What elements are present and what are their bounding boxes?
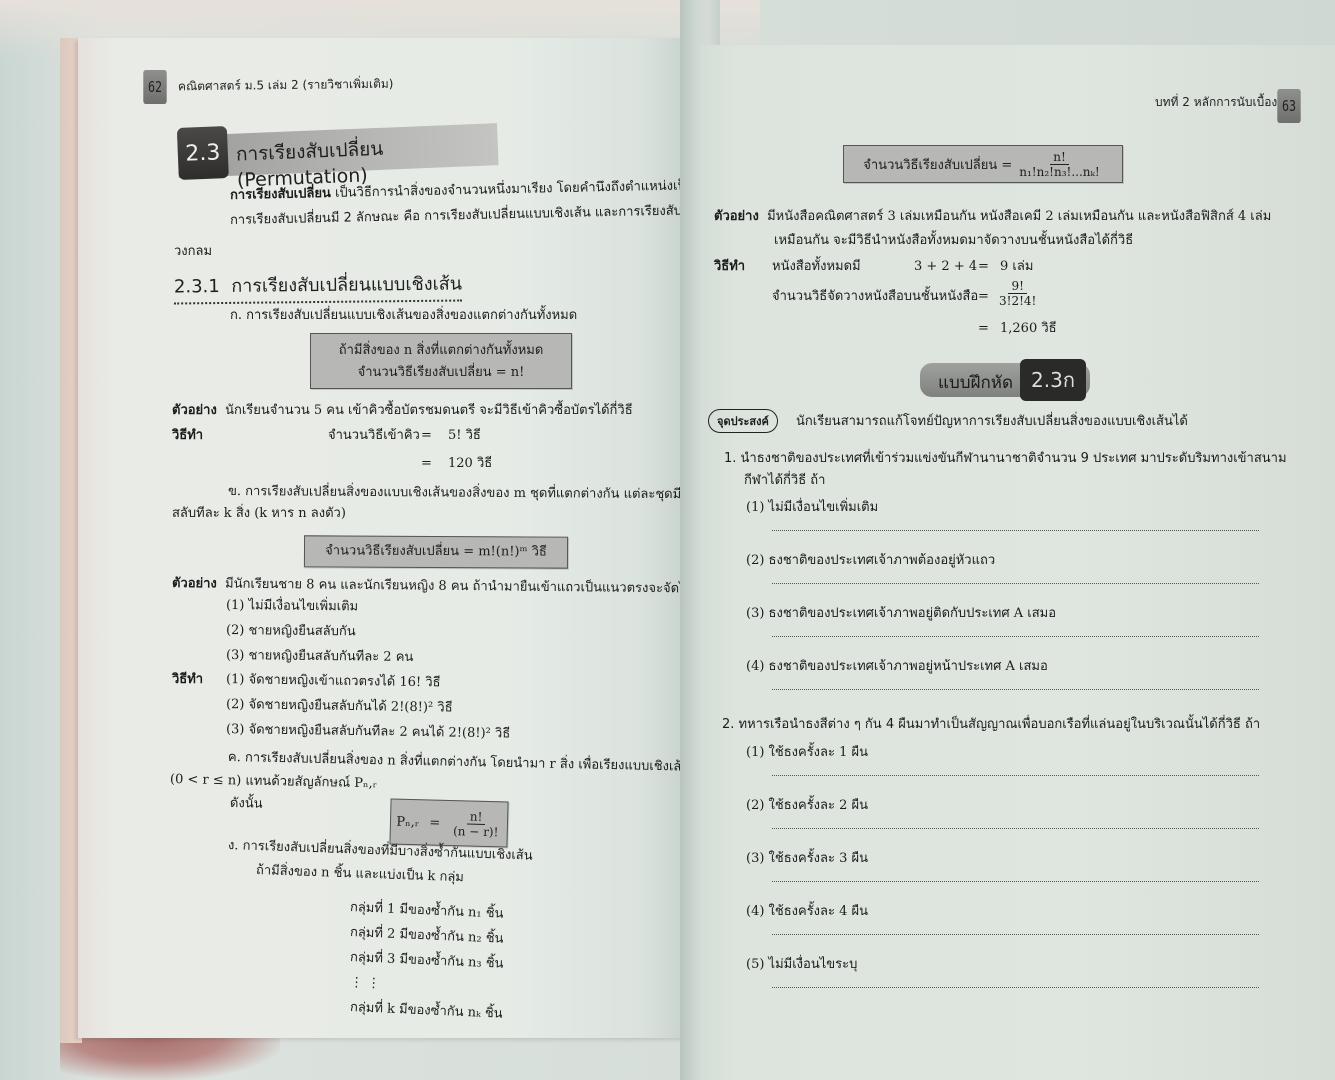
formula-box-m-sets: จำนวนวิธีเรียงสับเปลี่ยน = m!(n!)ᵐ วิธี [304, 535, 568, 568]
page-number-62: 62 [143, 70, 166, 104]
solution-eq-3: = [978, 321, 989, 337]
answer-line[interactable] [772, 689, 1259, 690]
intro-line-2: การเรียงสับเปลี่ยนมี 2 ลักษณะ คือ การเรี… [230, 202, 744, 228]
fraction: 9! 3!2!4! [996, 279, 1039, 309]
part-d-intro: ถ้ามีสิ่งของ n ชิ้น และแบ่งเป็น k กลุ่ม [256, 863, 464, 886]
exercise-item: (2) ธงชาติของประเทศเจ้าภาพต้องอยู่หัวแถว [746, 553, 995, 569]
example-a: ตัวอย่าง นักเรียนจำนวน 5 คน เข้าคิวซื้อบ… [172, 403, 633, 419]
formula-line-2: จำนวนวิธีเรียงสับเปลี่ยน = n! [311, 362, 571, 384]
solution-a-lhs: จำนวนวิธีเข้าคิว [328, 428, 420, 444]
answer-line[interactable] [772, 530, 1259, 531]
subsection-heading: 2.3.1 การเรียงสับเปลี่ยนแบบเชิงเส้น [174, 268, 462, 304]
solution-line-1: หนังสือทั้งหมดมี [772, 259, 861, 275]
answer-line[interactable] [772, 775, 1259, 776]
formula-box-pnr: Pₙ,ᵣ = n! (n − r)! [389, 798, 508, 847]
list-item: กลุ่มที่ 3 มีของซ้ำกัน n₃ ชิ้น [350, 950, 504, 972]
section-number: 2.3 [177, 126, 229, 180]
section-banner: 2.3 การเรียงสับเปลี่ยน (Permutation) [177, 123, 498, 178]
part-b-heading: ข. การเรียงสับเปลี่ยนสิ่งของแบบเชิงเส้นข… [228, 484, 731, 503]
right-page: บทที่ 2 หลักการนับเบื้องต้น 63 จำนวนวิธี… [700, 45, 1335, 1080]
intro-line-3: วงกลม [174, 244, 212, 260]
answer-line[interactable] [772, 828, 1259, 829]
left-page: 62 คณิตศาสตร์ ม.5 เล่ม 2 (รายวิชาเพิ่มเต… [78, 38, 688, 1038]
fraction-numerator: n! [1050, 150, 1069, 165]
solution-a-eq-1: = [421, 428, 432, 444]
subsection-number: 2.3.1 [174, 276, 220, 297]
list-item: กลุ่มที่ 1 มีของซ้ำกัน n₁ ชิ้น [350, 900, 504, 922]
exercise-label: แบบฝึกหัด [938, 369, 1013, 396]
formula-box-repeated: จำนวนวิธีเรียงสับเปลี่ยน = n! n₁!n₂!n₃!.… [843, 145, 1123, 183]
solution-eq-2: = [978, 289, 989, 305]
solution-result-1: 9 เล่ม [1000, 259, 1033, 275]
part-b-heading-cont: สลับทีละ k สิ่ง (k หาร n ลงตัว) [172, 506, 346, 522]
exercise-item: (1) ใช้ธงครั้งละ 1 ผืน [746, 745, 868, 761]
term-permutation: การเรียงสับเปลี่ยน [230, 186, 331, 203]
example-label: ตัวอย่าง [172, 576, 217, 591]
solution-label-right: วิธีทำ [714, 259, 745, 275]
example-label: ตัวอย่าง [172, 403, 217, 418]
exercise-item: (3) ธงชาติของประเทศเจ้าภาพอยู่ติดกับประเ… [746, 606, 1056, 622]
exercise-number: 2.3ก [1020, 359, 1086, 401]
list-item: กลุ่มที่ k มีของซ้ำกัน nₖ ชิ้น [350, 1000, 503, 1022]
objective-tag: จุดประสงค์ [708, 409, 778, 433]
fraction-numerator: n! [467, 809, 486, 824]
fraction-denominator: (n − r)! [450, 824, 502, 839]
example-line-1: มีหนังสือคณิตศาสตร์ 3 เล่มเหมือนกัน หนัง… [767, 209, 1271, 224]
subsection-title: การเรียงสับเปลี่ยนแบบเชิงเส้น [231, 273, 462, 296]
list-item: (3) ชายหญิงยืนสลับกันทีละ 2 คน [226, 648, 413, 666]
solution-label-b: วิธีทำ [172, 672, 203, 688]
exercise-item: (3) ใช้ธงครั้งละ 3 ผืน [746, 851, 868, 867]
solution-a-step-2: 120 วิธี [448, 456, 492, 472]
part-c-heading: ค. การเรียงสับเปลี่ยนสิ่งของ n สิ่งที่แต… [228, 750, 691, 775]
therefore-label: ดังนั้น [230, 796, 263, 812]
exercise-item: (1) ไม่มีเงื่อนไขเพิ่มเติม [746, 500, 878, 516]
formula-line-1: ถ้ามีสิ่งของ n สิ่งที่แตกต่างกันทั้งหมด [311, 340, 571, 362]
page-number-63: 63 [1277, 89, 1300, 123]
list-item: (1) จัดชายหญิงเข้าแถวตรงได้ 16! วิธี [226, 672, 441, 691]
answer-line[interactable] [772, 934, 1259, 935]
answer-line[interactable] [772, 583, 1259, 584]
exercise-item: (4) ธงชาติของประเทศเจ้าภาพอยู่หน้าประเทศ… [746, 659, 1048, 675]
answer-line[interactable] [772, 636, 1259, 637]
solution-a-step-1: 5! วิธี [448, 428, 481, 444]
question-1-line-2: กีฬาได้กี่วิธี ถ้า [744, 473, 825, 489]
example-line-2: เหมือนกัน จะมีวิธีนำหนังสือทั้งหมดมาจัดว… [774, 233, 1133, 249]
list-item: (1) ไม่มีเงื่อนไขเพิ่มเติม [226, 598, 358, 615]
objective-text: นักเรียนสามารถแก้โจทย์ปัญหาการเรียงสับเป… [796, 414, 1188, 430]
solution-eq-1: = [978, 259, 989, 275]
formula-lhs: จำนวนวิธีเรียงสับเปลี่ยน = [863, 154, 1012, 175]
exercise-item: (4) ใช้ธงครั้งละ 4 ผืน [746, 904, 868, 920]
solution-label-a: วิธีทำ [172, 428, 203, 444]
solution-fraction: 9! 3!2!4! [996, 279, 1039, 309]
example-b: ตัวอย่าง มีนักเรียนชาย 8 คน และนักเรียนห… [172, 576, 717, 597]
exercise-item: (2) ใช้ธงครั้งละ 2 ผืน [746, 798, 868, 814]
fraction-denominator: 3!2!4! [996, 294, 1039, 308]
fraction-denominator: n₁!n₂!n₃!...nₖ! [1016, 165, 1102, 179]
part-c-heading-cont: (0 < r ≤ n) แทนด้วยสัญลักษณ์ Pₙ,ᵣ [170, 772, 378, 792]
example-label: ตัวอย่าง [714, 209, 759, 224]
example-text: มีนักเรียนชาย 8 คน และนักเรียนหญิง 8 คน … [225, 577, 717, 597]
formula-box-n-factorial: ถ้ามีสิ่งของ n สิ่งที่แตกต่างกันทั้งหมด … [310, 333, 572, 389]
exercise-item: (5) ไม่มีเงื่อนไขระบุ [746, 957, 857, 973]
fraction-numerator: 9! [1008, 279, 1026, 294]
solution-line-2: จำนวนวิธีจัดวางหนังสือบนชั้นหนังสือ [772, 289, 978, 305]
exercise-header: แบบฝึกหัด 2.3ก [920, 363, 1090, 397]
list-item: กลุ่มที่ 2 มีของซ้ำกัน n₂ ชิ้น [350, 925, 504, 947]
list-item: (2) จัดชายหญิงยืนสลับกันได้ 2!(8!)² วิธี [226, 697, 453, 716]
list-item: (3) จัดชายหญิงยืนสลับกันทีละ 2 คนได้ 2!(… [226, 722, 510, 742]
answer-line[interactable] [772, 881, 1259, 882]
formula-eq: = [429, 815, 440, 830]
question-2-line-1: 2. ทหารเรือนำธงสีต่าง ๆ กัน 4 ผืนมาทำเป็… [722, 717, 1260, 733]
example-text: นักเรียนจำนวน 5 คน เข้าคิวซื้อบัตรชมดนตร… [225, 403, 633, 418]
answer-line[interactable] [772, 987, 1259, 988]
formula-fraction: n! n₁!n₂!n₃!...nₖ! [1016, 150, 1102, 179]
solution-expr: 3 + 2 + 4 [914, 259, 977, 275]
running-head-left: คณิตศาสตร์ ม.5 เล่ม 2 (รายวิชาเพิ่มเติม) [178, 75, 394, 97]
list-item: ⋮ ⋮ [350, 975, 381, 992]
formula-fraction: n! (n − r)! [450, 809, 502, 839]
solution-a-eq-2: = [421, 456, 432, 472]
question-1-line-1: 1. นำธงชาติของประเทศที่เข้าร่วมแข่งขันกี… [724, 451, 1287, 467]
formula-lhs: Pₙ,ᵣ [396, 814, 419, 830]
part-a-heading: ก. การเรียงสับเปลี่ยนแบบเชิงเส้นของสิ่งข… [230, 308, 577, 324]
list-item: (2) ชายหญิงยืนสลับกัน [226, 623, 356, 640]
solution-result-3: 1,260 วิธี [1000, 321, 1057, 337]
example-right: ตัวอย่าง มีหนังสือคณิตศาสตร์ 3 เล่มเหมือ… [714, 209, 1271, 225]
running-head-right: บทที่ 2 หลักการนับเบื้องต้น [1155, 93, 1293, 112]
